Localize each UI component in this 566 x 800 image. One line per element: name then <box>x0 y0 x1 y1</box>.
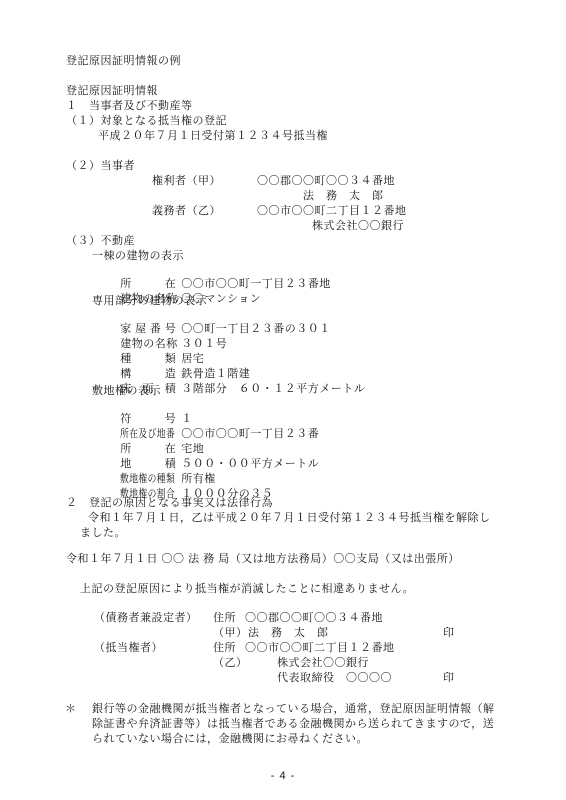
obligor-address: 〇〇市〇〇町二丁目１２番地 <box>257 205 407 218</box>
rights-holder-address: 〇〇郡〇〇町〇〇３４番地 <box>257 175 395 188</box>
mortgagee-name: 株式会社〇〇銀行 <box>277 657 369 670</box>
mortgage-value: 平成２０年７月１日受付第１２３４号抵当権 <box>98 130 328 143</box>
mortgagee-role: （抵当権者） <box>94 642 163 655</box>
land-right-heading: 敷地権の表示 <box>92 385 161 398</box>
mortgagee-address-label: 住所 <box>213 642 236 655</box>
mortgagee-paren: （乙） <box>213 657 248 670</box>
debtor-address: 〇〇郡〇〇町〇〇３４番地 <box>245 612 383 625</box>
section2-body-line1: 令和１年７月１日，乙は平成２０年７月１日受付第１２３４号抵当権を解除し <box>88 512 491 525</box>
document-title: 登記原因証明情報 <box>66 85 158 98</box>
date-office-line: 令和１年７月１日 〇〇 法 務 局（又は地方法務局）〇〇支局（又は出張所） <box>66 553 460 566</box>
note-marker: ＊ <box>65 703 77 716</box>
debtor-seal: 印 <box>443 627 455 640</box>
obligor-name: 株式会社〇〇銀行 <box>312 220 404 233</box>
section1-heading: １ 当事者及び不動産等 <box>66 100 193 113</box>
example-label: 登記原因証明情報の例 <box>66 55 181 68</box>
rights-holder-name: 法 務 太 郎 <box>303 190 384 203</box>
debtor-role: （債務者兼設定者） <box>94 612 198 625</box>
note-line: られていない場合には，金融機関にお尋ねください。 <box>92 733 368 746</box>
property-heading: （３）不動産 <box>66 235 135 248</box>
exclusive-part-heading: 専用部分の建物の表示 <box>92 295 207 308</box>
note-line: 除証書や弁済証書等）は抵当権者である金融機関から送られてきますので，送 <box>92 718 494 731</box>
section2-body-line2: ました。 <box>80 527 126 540</box>
obligor-label: 義務者（乙） <box>152 205 221 218</box>
property-row-value: ３階部分 ６０・１２平方メートル <box>181 383 365 396</box>
debtor-address-label: 住所 <box>213 612 236 625</box>
whole-building-heading: 一棟の建物の表示 <box>92 250 184 263</box>
section2-heading: ２ 登記の原因となる事実又は法律行為 <box>66 497 273 510</box>
page-number: - 4 - <box>0 770 566 782</box>
parties-heading: （２）当事者 <box>66 160 135 173</box>
debtor-paren: （甲） <box>213 627 248 640</box>
mortgagee-representative: 代表取締役 〇〇〇〇 <box>277 672 392 685</box>
note-line: 銀行等の金融機関が抵当権者となっている場合，通常，登記原因証明情報（解 <box>92 703 495 716</box>
document-page: 登記原因証明情報の例 登記原因証明情報 １ 当事者及び不動産等 （１）対象となる… <box>0 0 566 800</box>
mortgagee-seal: 印 <box>443 672 455 685</box>
debtor-name: 法 務 太 郎 <box>248 627 329 640</box>
mortgage-heading: （１）対象となる抵当権の登記 <box>66 115 227 128</box>
rights-holder-label: 権利者（甲） <box>152 175 221 188</box>
affirmation-line: 上記の登記原因により抵当権が消滅したことに相違ありません。 <box>80 583 414 596</box>
mortgagee-address: 〇〇市〇〇町二丁目１２番地 <box>245 642 395 655</box>
